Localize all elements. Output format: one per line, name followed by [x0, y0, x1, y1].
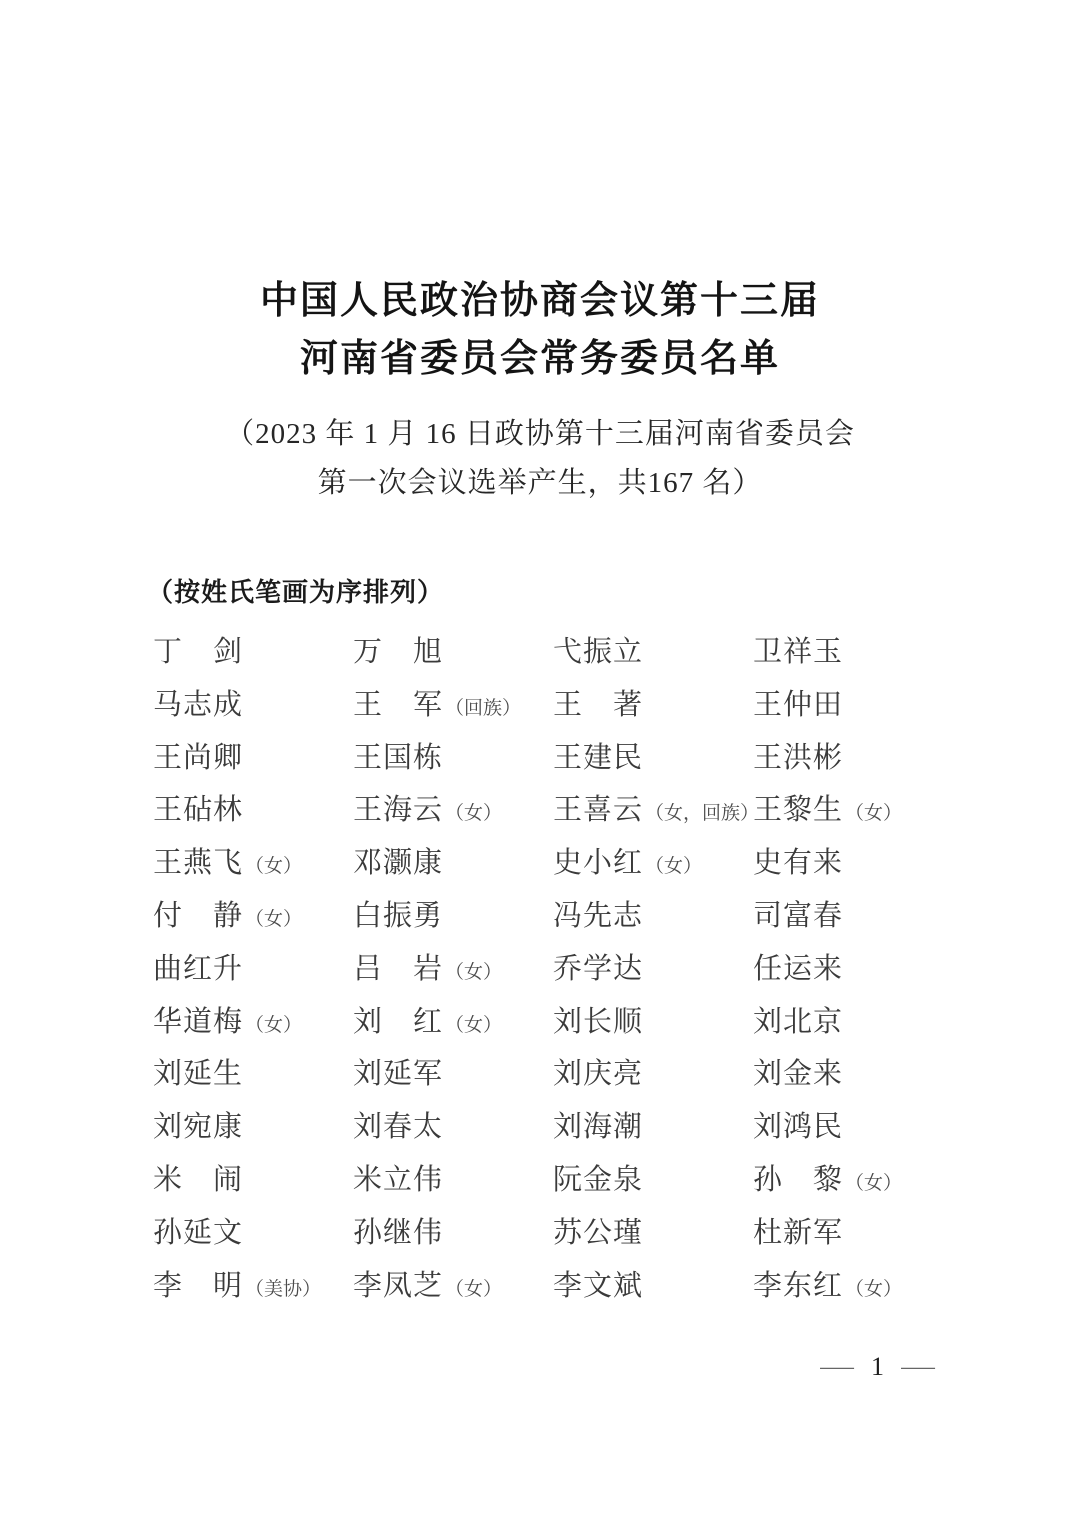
member-name: 王 著 [553, 689, 643, 721]
member-cell: 吕 岩（女） [353, 943, 553, 996]
member-cell: 史小红（女） [553, 837, 753, 890]
title-line-1: 中国人民政治协商会议第十三届 [0, 272, 1080, 330]
member-cell: 司富春 [753, 890, 953, 943]
member-cell: 孙延文 [153, 1207, 353, 1260]
document-subtitle: （2023 年 1 月 16 日政协第十三届河南省委员会 第一次会议选举产生，共… [0, 410, 1080, 508]
member-name: 王黎生 [753, 794, 843, 826]
member-name: 万 旭 [353, 636, 443, 668]
member-name: 吕 岩 [353, 953, 443, 985]
member-name: 王 军 [353, 689, 443, 721]
member-cell: 付 静（女） [153, 890, 353, 943]
member-name: 弋振立 [553, 636, 643, 668]
footer-left-dash: — [820, 1355, 854, 1379]
member-name: 乔学达 [553, 953, 643, 985]
member-note: （女） [445, 803, 502, 824]
member-cell: 王建民 [553, 732, 753, 785]
member-cell: 杜新军 [753, 1207, 953, 1260]
member-cell: 王洪彬 [753, 732, 953, 785]
member-cell: 史有来 [753, 837, 953, 890]
member-name: 曲红升 [153, 953, 243, 985]
member-name: 李文斌 [553, 1270, 643, 1302]
member-cell: 苏公瑾 [553, 1207, 753, 1260]
member-name: 卫祥玉 [753, 636, 843, 668]
member-name: 冯先志 [553, 900, 643, 932]
title-line-2: 河南省委员会常务委员名单 [0, 330, 1080, 388]
member-name: 刘鸿民 [753, 1111, 843, 1143]
member-name: 王仲田 [753, 689, 843, 721]
member-cell: 刘鸿民 [753, 1101, 953, 1154]
member-name: 马志成 [153, 689, 243, 721]
member-cell: 王砧林 [153, 784, 353, 837]
member-cell: 王尚卿 [153, 732, 353, 785]
member-cell: 华道梅（女） [153, 996, 353, 1049]
member-name: 王尚卿 [153, 742, 243, 774]
member-name: 孙延文 [153, 1217, 243, 1249]
member-note: （女） [445, 1279, 502, 1300]
member-name: 刘庆亮 [553, 1058, 643, 1090]
member-cell: 王喜云（女，回族） [553, 784, 753, 837]
member-cell: 王海云（女） [353, 784, 553, 837]
member-cell: 李凤芝（女） [353, 1260, 553, 1313]
member-cell: 丁 剑 [153, 626, 353, 679]
member-cell: 王仲田 [753, 679, 953, 732]
member-note: （美协） [245, 1279, 321, 1300]
member-cell: 李东红（女） [753, 1260, 953, 1313]
member-cell: 弋振立 [553, 626, 753, 679]
member-cell: 刘金来 [753, 1048, 953, 1101]
member-cell: 刘春太 [353, 1101, 553, 1154]
member-cell: 王黎生（女） [753, 784, 953, 837]
member-note: （女） [445, 1015, 502, 1036]
member-name: 邓灏康 [353, 847, 443, 879]
subtitle-line-1: （2023 年 1 月 16 日政协第十三届河南省委员会 [0, 410, 1080, 459]
sort-order-note: （按姓氏笔画为序排列） [147, 572, 444, 609]
member-name: 王国栋 [353, 742, 443, 774]
page-number: 1 [871, 1352, 884, 1382]
member-note: （女） [445, 962, 502, 983]
member-note: （女） [645, 856, 702, 877]
page-footer: — 1 — [825, 1352, 930, 1382]
member-name: 刘海潮 [553, 1111, 643, 1143]
member-name: 王喜云 [553, 794, 643, 826]
member-name: 王海云 [353, 794, 443, 826]
member-cell: 米立伟 [353, 1154, 553, 1207]
member-note: （女） [845, 803, 902, 824]
member-cell: 万 旭 [353, 626, 553, 679]
document-title: 中国人民政治协商会议第十三届 河南省委员会常务委员名单 [0, 272, 1080, 388]
member-cell: 米 闹 [153, 1154, 353, 1207]
member-note: （女，回族） [645, 803, 759, 824]
member-name: 史有来 [753, 847, 843, 879]
member-name: 华道梅 [153, 1006, 243, 1038]
member-cell: 王 军（回族） [353, 679, 553, 732]
member-cell: 卫祥玉 [753, 626, 953, 679]
member-name: 李凤芝 [353, 1270, 443, 1302]
member-name: 刘延军 [353, 1058, 443, 1090]
member-cell: 孙 黎（女） [753, 1154, 953, 1207]
member-cell: 刘宛康 [153, 1101, 353, 1154]
member-name: 丁 剑 [153, 636, 243, 668]
member-name: 刘宛康 [153, 1111, 243, 1143]
member-cell: 刘北京 [753, 996, 953, 1049]
member-cell: 李 明（美协） [153, 1260, 353, 1313]
member-name: 孙 黎 [753, 1164, 843, 1196]
member-name: 王燕飞 [153, 847, 243, 879]
member-name: 阮金泉 [553, 1164, 643, 1196]
member-cell: 任运来 [753, 943, 953, 996]
member-note: （女） [845, 1279, 902, 1300]
member-cell: 乔学达 [553, 943, 753, 996]
member-cell: 刘延军 [353, 1048, 553, 1101]
member-name: 刘 红 [353, 1006, 443, 1038]
member-cell: 王 著 [553, 679, 753, 732]
member-cell: 王国栋 [353, 732, 553, 785]
member-name: 刘金来 [753, 1058, 843, 1090]
member-name: 任运来 [753, 953, 843, 985]
member-name: 李 明 [153, 1270, 243, 1302]
member-name: 白振勇 [353, 900, 443, 932]
member-note: （女） [245, 1015, 302, 1036]
member-cell: 王燕飞（女） [153, 837, 353, 890]
member-cell: 李文斌 [553, 1260, 753, 1313]
member-cell: 刘 红（女） [353, 996, 553, 1049]
member-cell: 曲红升 [153, 943, 353, 996]
member-cell: 冯先志 [553, 890, 753, 943]
member-name: 米立伟 [353, 1164, 443, 1196]
document-page: 中国人民政治协商会议第十三届 河南省委员会常务委员名单 （2023 年 1 月 … [0, 0, 1080, 1527]
member-name: 司富春 [753, 900, 843, 932]
member-cell: 邓灏康 [353, 837, 553, 890]
member-cell: 马志成 [153, 679, 353, 732]
member-cell: 刘海潮 [553, 1101, 753, 1154]
member-name: 刘长顺 [553, 1006, 643, 1038]
member-note: （回族） [445, 698, 521, 719]
member-name: 付 静 [153, 900, 243, 932]
member-name: 孙继伟 [353, 1217, 443, 1249]
member-cell: 白振勇 [353, 890, 553, 943]
member-cell: 阮金泉 [553, 1154, 753, 1207]
member-cell: 孙继伟 [353, 1207, 553, 1260]
member-note: （女） [245, 856, 302, 877]
member-name: 刘延生 [153, 1058, 243, 1090]
member-name: 杜新军 [753, 1217, 843, 1249]
footer-right-dash: — [901, 1355, 935, 1379]
member-name: 王砧林 [153, 794, 243, 826]
member-name: 苏公瑾 [553, 1217, 643, 1249]
member-name: 米 闹 [153, 1164, 243, 1196]
member-name: 史小红 [553, 847, 643, 879]
member-cell: 刘长顺 [553, 996, 753, 1049]
member-note: （女） [245, 909, 302, 930]
subtitle-line-2: 第一次会议选举产生，共167 名） [0, 459, 1080, 508]
member-cell: 刘庆亮 [553, 1048, 753, 1101]
member-note: （女） [845, 1173, 902, 1194]
name-grid: 丁 剑万 旭弋振立卫祥玉马志成王 军（回族）王 著王仲田王尚卿王国栋王建民王洪彬… [153, 626, 953, 1312]
member-name: 刘春太 [353, 1111, 443, 1143]
member-name: 王洪彬 [753, 742, 843, 774]
member-name: 李东红 [753, 1270, 843, 1302]
member-name: 王建民 [553, 742, 643, 774]
member-cell: 刘延生 [153, 1048, 353, 1101]
member-name: 刘北京 [753, 1006, 843, 1038]
